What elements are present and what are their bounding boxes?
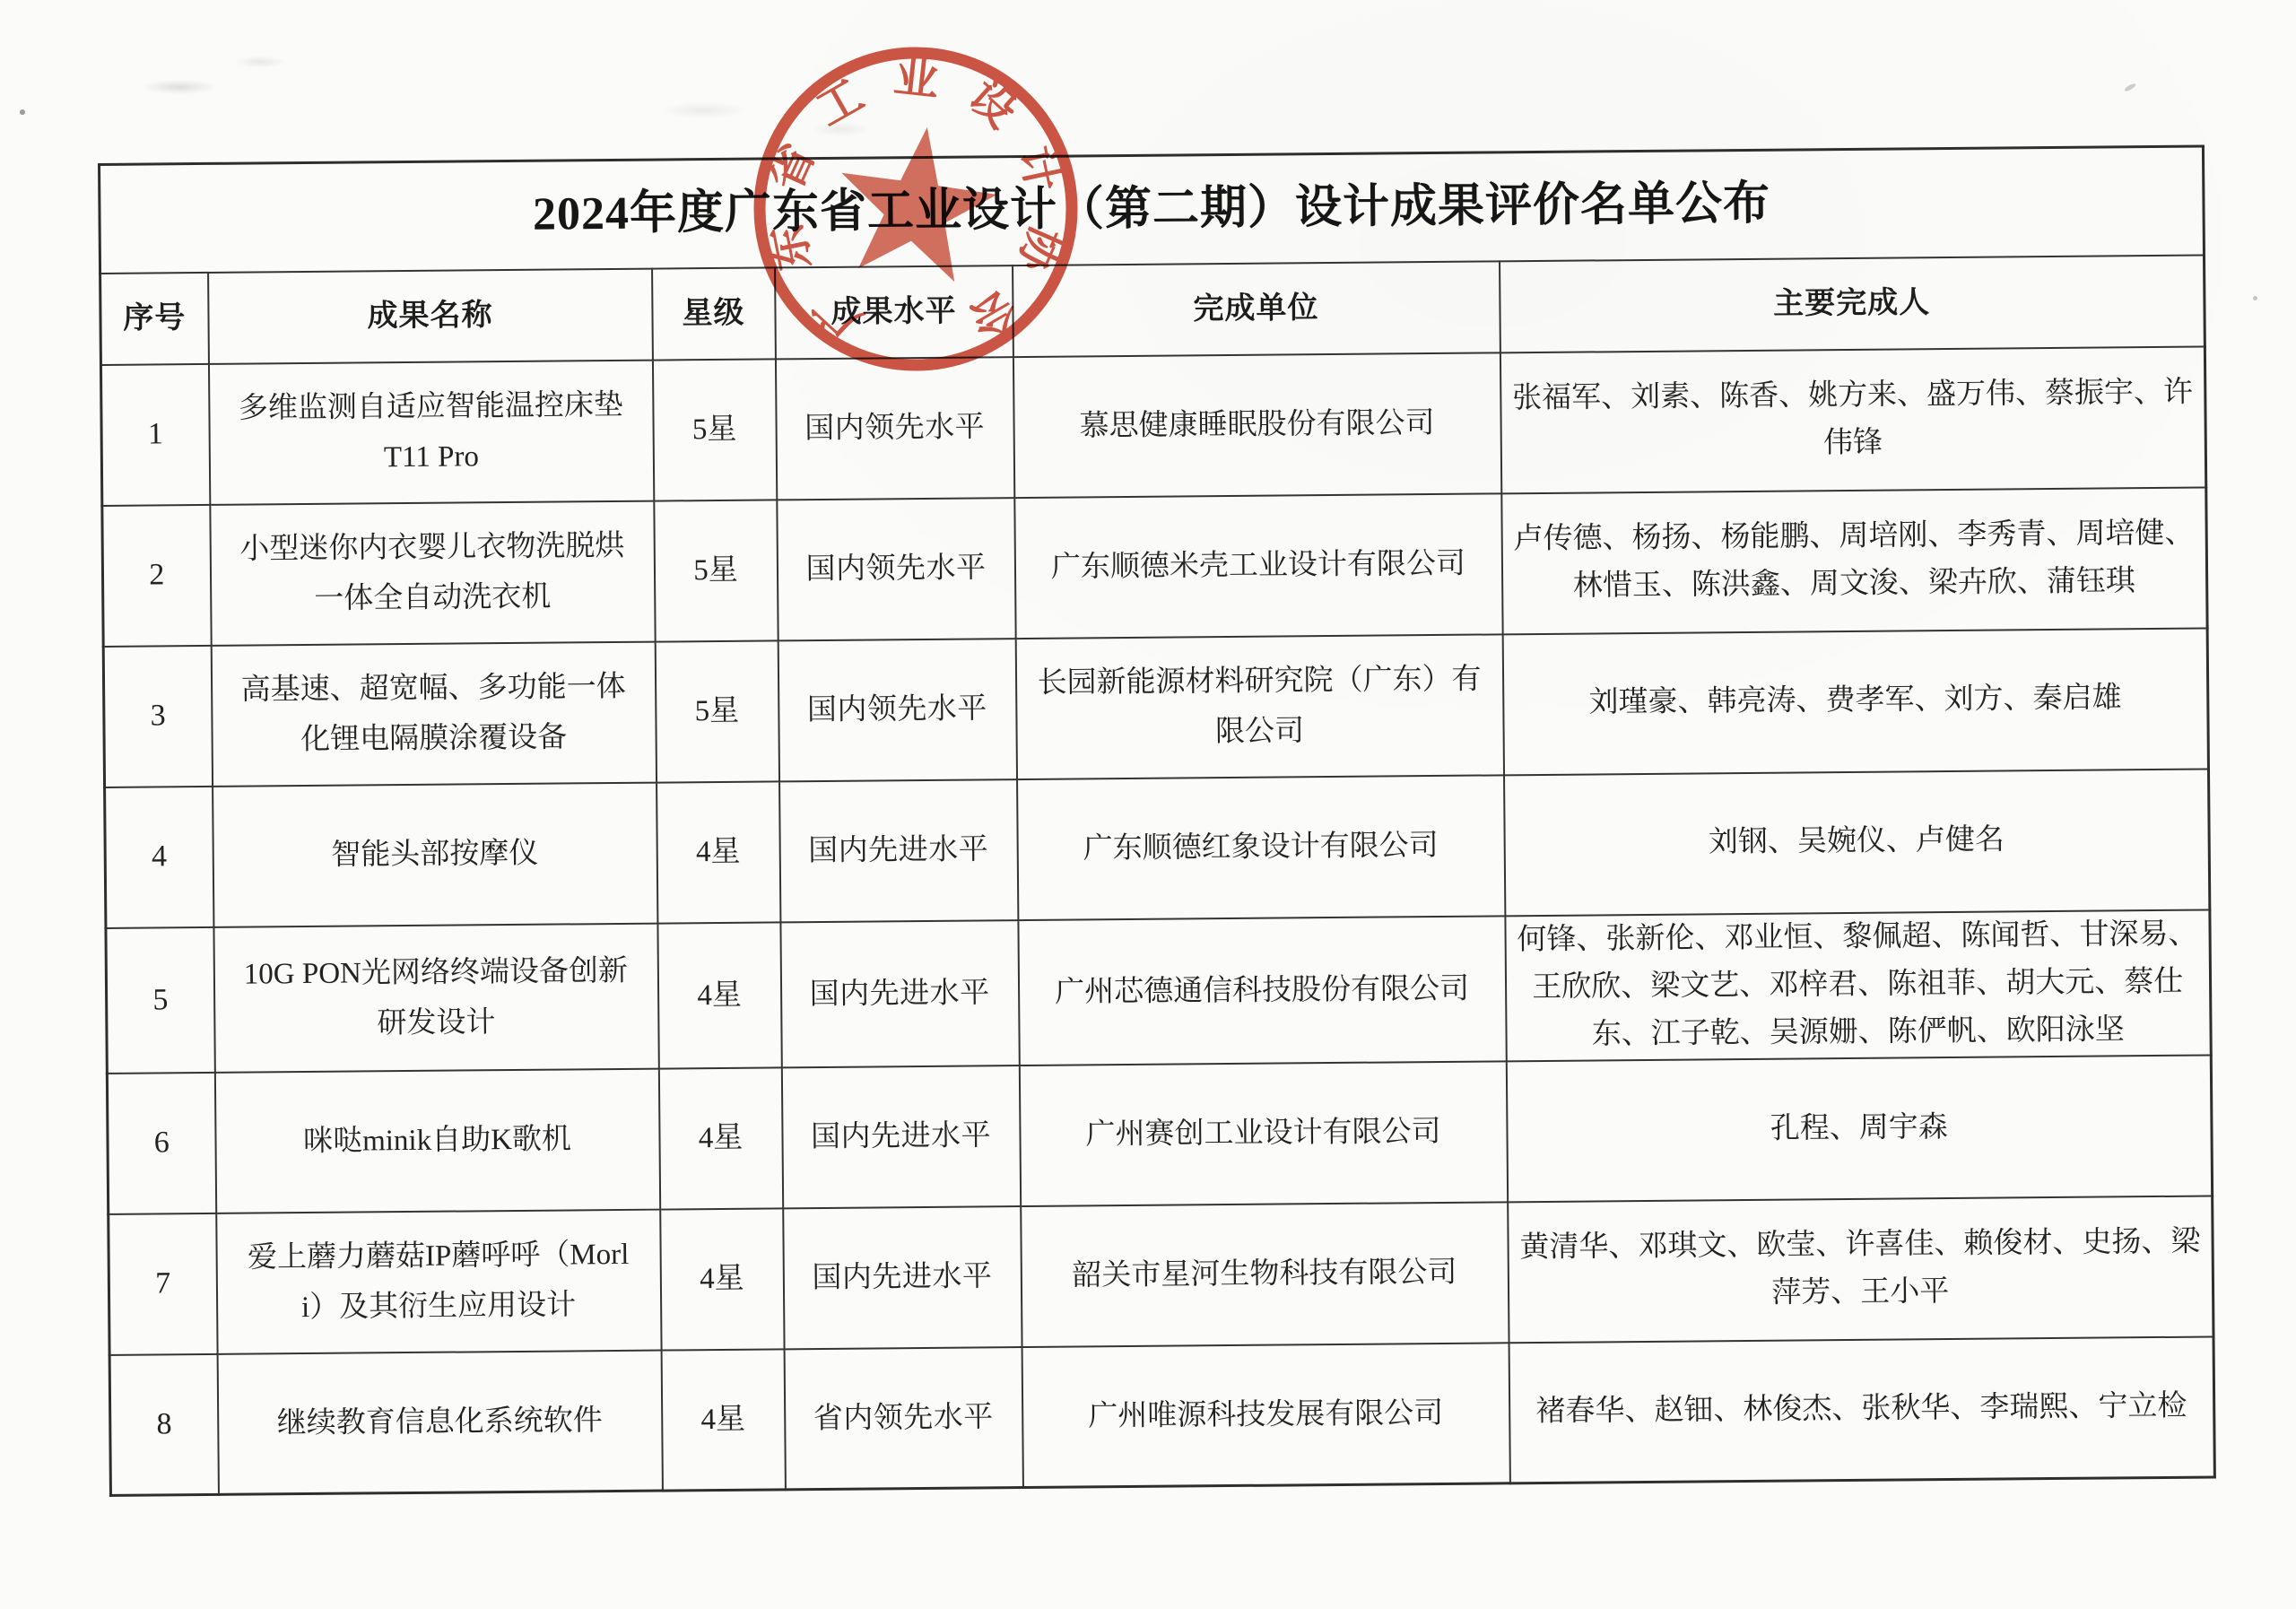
cell-org: 慕思健康睡眠股份有限公司: [1013, 352, 1500, 498]
scanned-document-page: 2024年度广东省工业设计（第二期）设计成果评价名单公布 序号 成果名称 星级 …: [0, 0, 2296, 1609]
table-row: 8 继续教育信息化系统软件 4星 省内领先水平 广州唯源科技发展有限公司 褚春华…: [109, 1336, 2214, 1495]
cell-name: 咪哒minik自助K歌机: [214, 1068, 659, 1213]
cell-org: 广州芯德通信科技股份有限公司: [1018, 916, 1506, 1065]
cell-stars: 5星: [654, 500, 778, 641]
cell-no: 8: [109, 1354, 218, 1496]
table-row: 5 10G PON光网络终端设备创新研发设计 4星 国内先进水平 广州芯德通信科…: [106, 909, 2211, 1074]
cell-no: 7: [109, 1213, 217, 1355]
cell-stars: 5星: [652, 359, 776, 500]
cell-stars: 4星: [658, 1067, 782, 1209]
col-header-name: 成果名称: [208, 268, 653, 363]
cell-level: 国内领先水平: [775, 357, 1013, 500]
cell-people: 刘钢、吴婉仪、卢健名: [1504, 769, 2210, 916]
cell-org: 广州赛创工业设计有限公司: [1019, 1061, 1507, 1206]
cell-level: 国内先进水平: [780, 920, 1019, 1068]
cell-name: 爱上蘑力蘑菇IP蘑呼呼（Morli）及其衍生应用设计: [216, 1209, 661, 1353]
cell-level: 国内先进水平: [781, 1065, 1020, 1208]
table-row: 2 小型迷你内衣婴儿衣物洗脱烘一体全自动洗衣机 5星 国内领先水平 广东顺德米壳…: [102, 487, 2207, 646]
cell-name: 高基速、超宽幅、多功能一体化锂电隔膜涂覆设备: [211, 641, 656, 786]
cell-people: 何锋、张新伦、邓业恒、黎佩超、陈闻哲、甘深易、王欣欣、梁文艺、邓梓君、陈祖菲、胡…: [1505, 909, 2211, 1061]
results-table-wrap: 2024年度广东省工业设计（第二期）设计成果评价名单公布 序号 成果名称 星级 …: [98, 145, 2213, 1498]
table-row: 4 智能头部按摩仪 4星 国内先进水平 广东顺德红象设计有限公司 刘钢、吴婉仪、…: [105, 769, 2210, 927]
scan-smudge: [628, 85, 933, 148]
results-table: 2024年度广东省工业设计（第二期）设计成果评价名单公布 序号 成果名称 星级 …: [98, 145, 2216, 1498]
cell-name: 10G PON光网络终端设备创新研发设计: [213, 923, 658, 1073]
cell-people: 卢传德、杨扬、杨能鹏、周培刚、李秀青、周培健、林惜玉、陈洪鑫、周文浚、梁卉欣、蒲…: [1501, 487, 2207, 634]
cell-no: 5: [106, 926, 214, 1073]
scan-speck: [2124, 83, 2137, 92]
cell-org: 长园新能源材料研究院（广东）有限公司: [1015, 634, 1503, 779]
cell-stars: 4星: [660, 1208, 784, 1350]
cell-no: 1: [100, 363, 209, 505]
col-header-stars: 星级: [652, 267, 776, 360]
cell-stars: 4星: [657, 922, 781, 1069]
cell-name: 继续教育信息化系统软件: [217, 1350, 662, 1494]
cell-level: 国内领先水平: [778, 639, 1016, 781]
cell-level: 国内领先水平: [777, 498, 1015, 640]
cell-people: 褚春华、赵钿、林俊杰、张秋华、李瑞熙、宁立检: [1509, 1336, 2214, 1483]
cell-org: 广东顺德米壳工业设计有限公司: [1014, 493, 1502, 639]
cell-level: 国内先进水平: [783, 1206, 1022, 1349]
table-row: 7 爱上蘑力蘑菇IP蘑呼呼（Morli）及其衍生应用设计 4星 国内先进水平 韶…: [109, 1196, 2213, 1354]
cell-no: 6: [107, 1073, 215, 1214]
scan-speck: [20, 109, 25, 115]
title-row: 2024年度广东省工业设计（第二期）设计成果评价名单公布: [100, 146, 2205, 273]
col-header-index: 序号: [100, 272, 209, 364]
col-header-level: 成果水平: [775, 265, 1013, 359]
cell-org: 韶关市星河生物科技有限公司: [1021, 1202, 1509, 1347]
table-row: 6 咪哒minik自助K歌机 4星 国内先进水平 广州赛创工业设计有限公司 孔程…: [107, 1055, 2212, 1213]
table-row: 1 多维监测自适应智能温控床垫 T11 Pro 5星 国内领先水平 慕思健康睡眠…: [100, 346, 2205, 505]
col-header-people: 主要完成人: [1500, 255, 2205, 352]
cell-name: 小型迷你内衣婴儿衣物洗脱烘一体全自动洗衣机: [210, 500, 655, 645]
scan-speck: [2253, 296, 2257, 300]
cell-name: 智能头部按摩仪: [213, 782, 657, 926]
cell-org: 广州唯源科技发展有限公司: [1022, 1343, 1509, 1488]
table-row: 3 高基速、超宽幅、多功能一体化锂电隔膜涂覆设备 5星 国内领先水平 长园新能源…: [103, 628, 2208, 787]
document-title: 2024年度广东省工业设计（第二期）设计成果评价名单公布: [109, 161, 2194, 259]
cell-level: 国内先进水平: [779, 779, 1018, 922]
cell-people: 孔程、周宇森: [1506, 1055, 2212, 1202]
cell-people: 张福军、刘素、陈香、姚方来、盛万伟、蔡振宇、许伟锋: [1500, 346, 2205, 493]
scan-smudge: [126, 43, 305, 106]
cell-stars: 5星: [655, 640, 778, 782]
cell-no: 3: [103, 645, 212, 787]
cell-people: 黄清华、邓琪文、欧莹、许喜佳、赖俊材、史扬、梁萍芳、王小平: [1508, 1196, 2213, 1343]
cell-no: 4: [105, 786, 213, 927]
cell-name: 多维监测自适应智能温控床垫 T11 Pro: [208, 360, 653, 504]
cell-stars: 4星: [661, 1349, 785, 1491]
cell-people: 刘瑾豪、韩亮涛、费孝军、刘方、秦启雄: [1502, 628, 2208, 775]
cell-no: 2: [102, 504, 211, 646]
col-header-org: 完成单位: [1013, 261, 1500, 357]
cell-stars: 4星: [657, 781, 780, 923]
cell-org: 广东顺德红象设计有限公司: [1017, 775, 1505, 920]
cell-level: 省内领先水平: [784, 1347, 1022, 1490]
